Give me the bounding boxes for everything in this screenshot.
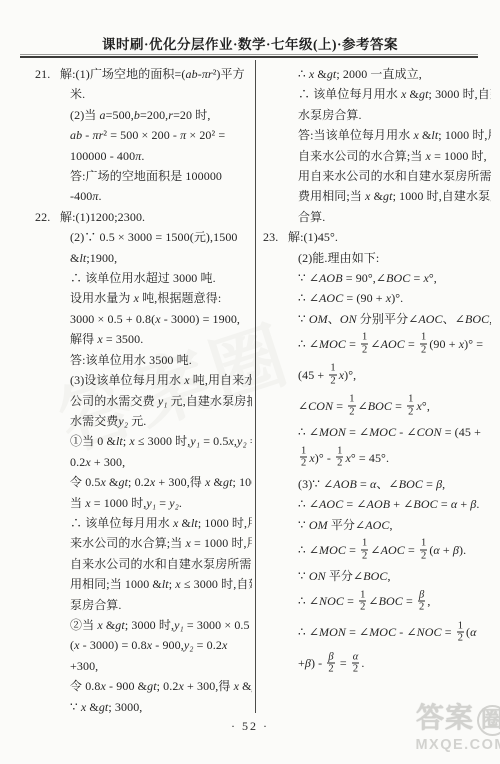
problem-number: 22. — [35, 207, 60, 227]
line-text: ∠CON = 12∠BOC = 12x°, — [298, 399, 430, 413]
column-right: ∴ x &gt; 2000 一直成立,∴ 该单位每月用水 x &gt; 3000… — [263, 64, 491, 679]
content-line: 100000 - 400π. — [35, 146, 252, 166]
content-line: ∵ ∠AOB = 90°,∠BOC = x°, — [263, 268, 491, 288]
fraction: 12 — [300, 445, 307, 469]
line-text: ∴ 该单位用水超过 3000 吨. — [70, 271, 216, 285]
content-line: ∵ ON 平分∠BOC, — [263, 566, 491, 586]
content-line: 自来水公司的水合算;当 x = 1000 时, — [263, 146, 491, 166]
watermark-logo-text: 答案圈 — [415, 702, 500, 736]
line-text: ∴ ∠AOC = (90 + x)°. — [298, 291, 403, 305]
content-line: (3)∵ ∠AOB = α、∠BOC = β, — [263, 474, 491, 494]
content-line: 公司的水需交费 y₁ 元,自建水泵房抽 — [35, 391, 252, 411]
line-text: 100000 - 400π. — [70, 149, 144, 163]
line-text: 解:(1)1200;2300. — [60, 210, 145, 224]
content-line: ∵ OM 平分∠AOC, — [263, 515, 491, 535]
column-divider — [255, 60, 256, 713]
content-line: 答:当该单位每月用水 x &lt; 1000 时,用 — [263, 125, 491, 145]
content-line: 自来水公司的水和自建水泵房所需费 — [35, 554, 252, 574]
content-line: 当 x = 1000 时,y₁ = y₂. — [35, 493, 252, 513]
content-line: 水泵房合算. — [263, 105, 491, 125]
line-text: 0.2x + 300, — [70, 455, 125, 469]
line-text: ∵ x &gt; 3000, — [70, 700, 142, 714]
line-text: 令 0.8x - 900 &gt; 0.2x + 300,得 x &gt; 20… — [70, 679, 252, 693]
line-text: ∴ ∠MON = ∠MOC - ∠CON = (45 + — [298, 425, 481, 439]
content-line: (2)能.理由如下: — [263, 248, 491, 268]
line-text: ∵ OM 平分∠AOC, — [298, 518, 393, 532]
fraction: 12 — [348, 394, 355, 418]
line-text: 自来水公司的水合算;当 x = 1000 时, — [298, 149, 487, 163]
fraction: 12 — [457, 620, 464, 644]
content-line: 答:该单位用水 3500 吨. — [35, 350, 252, 370]
content-line: 解得 x = 3500. — [35, 329, 252, 349]
line-text: (3)设该单位每月用水 x 吨,用自来水 — [70, 373, 252, 387]
problem-number: 21. — [35, 64, 60, 84]
content-line: 答:广场的空地面积是 100000 — [35, 166, 252, 186]
content-line: &lt;1900, — [35, 248, 252, 268]
line-text: 答:广场的空地面积是 100000 — [70, 169, 222, 183]
content-line: 泵房合算. — [35, 595, 252, 615]
content-line: 用自来水公司的水和自建水泵房所需 — [263, 166, 491, 186]
fraction: 12 — [361, 332, 368, 356]
line-text: 解得 x = 3500. — [70, 332, 143, 346]
content-line: (45 + 12x)°, — [263, 360, 491, 391]
content-line: 合算. — [263, 207, 491, 227]
line-text: ∵ ∠AOB = 90°,∠BOC = x°, — [298, 271, 437, 285]
content-line: 用相同;当 1000 &lt; x ≤ 3000 时,自建水 — [35, 574, 252, 594]
line-text: ∴ x &gt; 2000 一直成立, — [298, 67, 422, 81]
content-line: ∴ ∠AOC = (90 + x)°. — [263, 288, 491, 308]
column-left: 21.解:(1)广场空地的面积=(ab-πr²)平方米.(2)当 a=500,b… — [35, 64, 252, 717]
line-text: 水需交费y₂ 元. — [70, 414, 146, 428]
line-text: ab - πr² = 500 × 200 - π × 20² = — [70, 128, 225, 142]
line-text: 用自来水公司的水和自建水泵房所需 — [298, 169, 491, 183]
content-line: (x - 3000) = 0.8x - 900,y₂ = 0.2x — [35, 635, 252, 655]
line-text: 当 x = 1000 时,y₁ = y₂. — [70, 496, 182, 510]
answer-page: 答案圈 课时刷·优化分层作业·数学·七年级(上)·参考答案 21.解:(1)广场… — [0, 0, 500, 764]
line-text: 用相同;当 1000 &lt; x ≤ 3000 时,自建水 — [70, 577, 252, 591]
fraction: β2 — [327, 651, 334, 675]
line-text: ①当 0 &lt; x ≤ 3000 时,y₁ = 0.5x,y₂ = — [70, 434, 252, 448]
line-text: +β) - β2 = α2. — [298, 656, 365, 670]
line-text: 米. — [70, 87, 85, 101]
content-line: 令 0.8x - 900 &gt; 0.2x + 300,得 x &gt; 20… — [35, 676, 252, 696]
line-text: ∴ ∠MOC = 12∠AOC = 12(90 + x)° = — [298, 337, 483, 351]
line-text: 12x)° - 12x° = 45°. — [298, 451, 389, 465]
line-text: &lt;1900, — [70, 251, 117, 265]
content-line: (2)当 a=500,b=200,r=20 时, — [35, 105, 252, 125]
content-line: ②当 x &gt; 3000 时,y₁ = 3000 × 0.5 + 0.8 — [35, 615, 252, 635]
line-text: 公司的水需交费 y₁ 元,自建水泵房抽 — [70, 394, 252, 408]
content-line: ∠CON = 12∠BOC = 12x°, — [263, 391, 491, 422]
content-line: ∴ 该单位每月用水 x &gt; 3000 时,自建 — [263, 84, 491, 104]
line-text: ∴ ∠AOC = ∠AOB + ∠BOC = α + β. — [298, 497, 479, 511]
line-text: (2)能.理由如下: — [298, 251, 379, 265]
line-text: 泵房合算. — [70, 598, 122, 612]
line-text: (2)当 a=500,b=200,r=20 时, — [70, 108, 210, 122]
content-line: +β) - β2 = α2. — [263, 648, 491, 679]
watermark-site: MXQE.COM — [415, 737, 500, 754]
content-line: (3)设该单位每月用水 x 吨,用自来水 — [35, 370, 252, 390]
content-line: ∴ 该单位用水超过 3000 吨. — [35, 268, 252, 288]
fraction: 12 — [329, 363, 336, 387]
content-line: ∴ x &gt; 2000 一直成立, — [263, 64, 491, 84]
content-line: ∵ OM、ON 分别平分∠AOC、∠BOC, — [263, 309, 491, 329]
header-rule — [20, 54, 478, 58]
content-line: ∴ 该单位每月用水 x &lt; 1000 时,用自 — [35, 513, 252, 533]
problem-number: 23. — [263, 227, 288, 247]
content-line: (2)∵ 0.5 × 3000 = 1500(元),1500 — [35, 227, 252, 247]
line-text: 答:当该单位每月用水 x &lt; 1000 时,用 — [298, 128, 491, 142]
line-text: 合算. — [298, 210, 325, 224]
line-text: 3000 × 0.5 + 0.8(x - 3000) = 1900, — [70, 312, 240, 326]
content-line: 水需交费y₂ 元. — [35, 411, 252, 431]
line-text: ∵ ON 平分∠BOC, — [298, 569, 391, 583]
line-text: 设用水量为 x 吨,根据题意得: — [70, 291, 221, 305]
line-text: ∴ ∠MOC = 12∠AOC = 12(α + β). — [298, 543, 466, 557]
line-text: (2)∵ 0.5 × 3000 = 1500(元),1500 — [70, 230, 238, 244]
content-line: ∴ ∠MOC = 12∠AOC = 12(α + β). — [263, 535, 491, 566]
line-text: 令 0.5x &gt; 0.2x + 300,得 x &gt; 1000, — [70, 475, 252, 489]
content-line: 22.解:(1)1200;2300. — [35, 207, 252, 227]
fraction: 12 — [420, 538, 427, 562]
page-header-title: 课时刷·优化分层作业·数学·七年级(上)·参考答案 — [0, 33, 500, 53]
line-text: ∵ OM、ON 分别平分∠AOC、∠BOC, — [298, 312, 491, 326]
line-text: (45 + 12x)°, — [298, 368, 356, 382]
content-line: 12x)° - 12x° = 45°. — [263, 443, 491, 474]
content-line: 令 0.5x &gt; 0.2x + 300,得 x &gt; 1000, — [35, 472, 252, 492]
line-text: 解:(1)广场空地的面积=(ab-πr²)平方 — [60, 67, 245, 81]
content-line: 23.解:(1)45°. — [263, 227, 491, 247]
fraction: 12 — [359, 589, 366, 613]
fraction: α2 — [352, 651, 360, 675]
content-line: -400π. — [35, 186, 252, 206]
line-text: 费用相同;当 x &gt; 1000 时,自建水泵房 — [298, 189, 491, 203]
line-text: ∴ 该单位每月用水 x &lt; 1000 时,用自 — [70, 516, 252, 530]
line-text: (3)∵ ∠AOB = α、∠BOC = β, — [298, 477, 445, 491]
content-line: 费用相同;当 x &gt; 1000 时,自建水泵房 — [263, 186, 491, 206]
line-text: 自来水公司的水和自建水泵房所需费 — [70, 557, 252, 571]
line-text: ∴ ∠MON = ∠MOC - ∠NOC = 12(α — [298, 625, 477, 639]
content-line: 设用水量为 x 吨,根据题意得: — [35, 288, 252, 308]
content-line: ∴ ∠AOC = ∠AOB + ∠BOC = α + β. — [263, 494, 491, 514]
content-line: ∴ ∠MOC = 12∠AOC = 12(90 + x)° = — [263, 329, 491, 360]
content-line: ∴ ∠NOC = 12∠BOC = β2, — [263, 586, 491, 617]
content-line: ∴ ∠MON = ∠MOC - ∠NOC = 12(α — [263, 617, 491, 648]
content-line: ①当 0 &lt; x ≤ 3000 时,y₁ = 0.5x,y₂ = — [35, 431, 252, 451]
content-line: ∴ ∠MON = ∠MOC - ∠CON = (45 + — [263, 422, 491, 442]
content-line: ∵ x &gt; 3000, — [35, 697, 252, 717]
line-text: ∴ 该单位每月用水 x &gt; 3000 时,自建 — [298, 87, 491, 101]
line-text: 来水公司的水合算;当 x = 1000 时,用 — [70, 536, 252, 550]
content-line: 米. — [35, 84, 252, 104]
content-line: ab - πr² = 500 × 200 - π × 20² = — [35, 125, 252, 145]
fraction: 12 — [420, 332, 427, 356]
content-line: 0.2x + 300, — [35, 452, 252, 472]
content-line: 来水公司的水合算;当 x = 1000 时,用 — [35, 533, 252, 553]
line-text: -400π. — [70, 189, 102, 203]
content-line: +300, — [35, 656, 252, 676]
line-text: 答:该单位用水 3500 吨. — [70, 353, 192, 367]
line-text: 解:(1)45°. — [288, 230, 338, 244]
line-text: ②当 x &gt; 3000 时,y₁ = 3000 × 0.5 + 0.8 — [70, 618, 252, 632]
line-text: 水泵房合算. — [298, 108, 362, 122]
line-text: ∴ ∠NOC = 12∠BOC = β2, — [298, 594, 430, 608]
content-line: 21.解:(1)广场空地的面积=(ab-πr²)平方 — [35, 64, 252, 84]
fraction: 12 — [336, 445, 343, 469]
watermark-logo: 答案圈 MXQE.COM — [415, 702, 500, 754]
fraction: 12 — [361, 538, 368, 562]
fraction: 12 — [407, 394, 414, 418]
line-text: (x - 3000) = 0.8x - 900,y₂ = 0.2x — [70, 638, 227, 652]
watermark-circle-char: 圈 — [477, 705, 500, 736]
content-line: 3000 × 0.5 + 0.8(x - 3000) = 1900, — [35, 309, 252, 329]
fraction: β2 — [418, 589, 425, 613]
line-text: +300, — [70, 659, 98, 673]
